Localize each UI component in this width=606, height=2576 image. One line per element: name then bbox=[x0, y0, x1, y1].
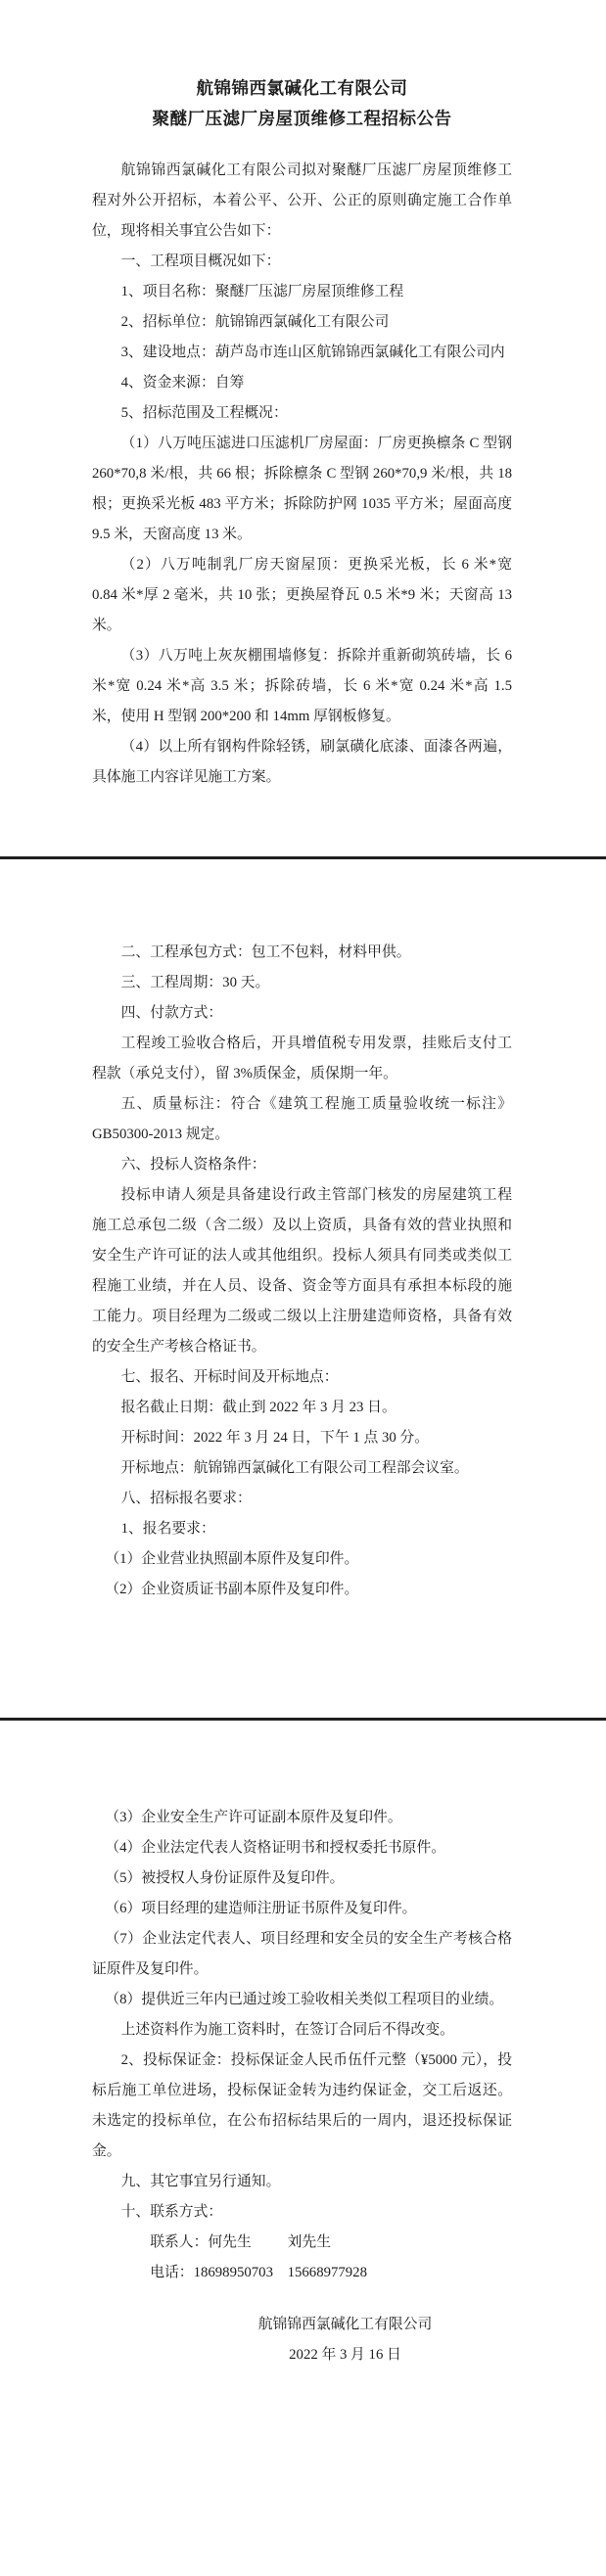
scope-item-2: （2）八万吨制乳厂房天窗屋顶：更换采光板，长 6 米*宽 0.84 米*厚 2 … bbox=[92, 550, 512, 641]
contact-persons-row: 联系人：何先生刘先生 bbox=[92, 2228, 512, 2258]
section-heading-8: 八、招标报名要求： bbox=[92, 1484, 512, 1514]
materials-note: 上述资料作为施工资料时，在签订合同后不得改变。 bbox=[92, 2015, 512, 2046]
contact-phone-1: 电话：18698950703 bbox=[121, 2258, 288, 2288]
requirement-item-8: （8）提供近三年内已通过竣工验收相关类似工程项目的业绩。 bbox=[92, 1985, 512, 2015]
requirement-item-3: （3）企业安全生产许可证副本原件及复印件。 bbox=[92, 1803, 512, 1833]
requirement-item-6: （6）项目经理的建造师注册证书原件及复印件。 bbox=[92, 1894, 512, 1924]
payment-terms-paragraph: 工程竣工验收合格后，开具增值税专用发票，挂账后支付工程款（承兑支付），留 3%质… bbox=[92, 1029, 512, 1089]
section-heading-4: 四、付款方式： bbox=[92, 998, 512, 1029]
document: 航锦锦西氯碱化工有限公司 聚醚厂压滤厂房屋顶维修工程招标公告 航锦锦西氯碱化工有… bbox=[0, 0, 606, 2576]
section-heading-1: 一、工程项目概况如下： bbox=[92, 247, 512, 277]
requirement-item-5: （5）被授权人身份证原件及复印件。 bbox=[92, 1863, 512, 1894]
signup-requirements-heading: 1、报名要求： bbox=[92, 1514, 512, 1544]
scope-item-1: （1）八万吨压滤进口压滤机厂房屋面：厂房更换檩条 C 型钢 260*70,8 米… bbox=[92, 429, 512, 550]
item-funding: 4、资金来源：自筹 bbox=[92, 368, 512, 398]
signature-date: 2022 年 3 月 16 日 bbox=[92, 2340, 512, 2370]
document-page-2: 二、工程承包方式：包工不包料，材料甲供。 三、工程周期：30 天。 四、付款方式… bbox=[0, 859, 606, 1718]
section-heading-9: 九、其它事宜另行通知。 bbox=[92, 2167, 512, 2197]
requirement-item-7: （7）企业法定代表人、项目经理和安全员的安全生产考核合格证原件及复印件。 bbox=[92, 1924, 512, 1985]
scope-item-3: （3）八万吨上灰灰棚围墙修复：拆除并重新砌筑砖墙，长 6 米*宽 0.24 米*… bbox=[92, 641, 512, 732]
signature-company: 航锦锦西氯碱化工有限公司 bbox=[92, 2310, 512, 2340]
doc-title-line-2: 聚醚厂压滤厂房屋顶维修工程招标公告 bbox=[92, 104, 512, 134]
section-heading-7: 七、报名、开标时间及开标地点： bbox=[92, 1362, 512, 1393]
contact-person-1: 联系人：何先生 bbox=[121, 2228, 288, 2258]
scope-item-4: （4）以上所有钢构件除轻锈，刷氯磺化底漆、面漆各两遍，具体施工内容详见施工方案。 bbox=[92, 732, 512, 793]
intro-paragraph: 航锦锦西氯碱化工有限公司拟对聚醚厂压滤厂房屋顶维修工程对外公开招标，本着公平、公… bbox=[92, 156, 512, 247]
item-project-name: 1、项目名称：聚醚厂压滤厂房屋顶维修工程 bbox=[92, 277, 512, 307]
contact-person-2: 刘先生 bbox=[288, 2234, 331, 2250]
section-heading-6: 六、投标人资格条件： bbox=[92, 1150, 512, 1180]
contact-phones-row: 电话：1869895070315668977928 bbox=[92, 2258, 512, 2288]
bid-opening-time: 开标时间：2022 年 3 月 24 日，下午 1 点 30 分。 bbox=[92, 1423, 512, 1453]
item-location: 3、建设地点：葫芦岛市连山区航锦锦西氯碱化工有限公司内 bbox=[92, 338, 512, 368]
qualification-paragraph: 投标申请人须是具备建设行政主管部门核发的房屋建筑工程施工总承包二级（含二级）及以… bbox=[92, 1180, 512, 1362]
doc-title-line-1: 航锦锦西氯碱化工有限公司 bbox=[92, 73, 512, 104]
section-heading-3: 三、工程周期：30 天。 bbox=[92, 968, 512, 998]
requirement-item-2: （2）企业资质证书副本原件及复印件。 bbox=[92, 1575, 512, 1605]
section-heading-10: 十、联系方式： bbox=[92, 2197, 512, 2228]
requirement-item-1: （1）企业营业执照副本原件及复印件。 bbox=[92, 1544, 512, 1575]
section-heading-5: 五、质量标注：符合《建筑工程施工质量验收统一标注》GB50300-2013 规定… bbox=[92, 1089, 512, 1150]
item-scope-heading: 5、招标范围及工程概况： bbox=[92, 398, 512, 429]
section-heading-2: 二、工程承包方式：包工不包料，材料甲供。 bbox=[92, 938, 512, 968]
document-page-3: （3）企业安全生产许可证副本原件及复印件。 （4）企业法定代表人资格证明书和授权… bbox=[0, 1721, 606, 2576]
requirement-item-4: （4）企业法定代表人资格证明书和授权委托书原件。 bbox=[92, 1833, 512, 1863]
bid-bond-paragraph: 2、投标保证金：投标保证金人民币伍仟元整（¥5000 元），投标后施工单位进场，… bbox=[92, 2046, 512, 2167]
item-tender-unit: 2、招标单位：航锦锦西氯碱化工有限公司 bbox=[92, 307, 512, 338]
registration-deadline: 报名截止日期：截止到 2022 年 3 月 23 日。 bbox=[92, 1393, 512, 1423]
document-page-1: 航锦锦西氯碱化工有限公司 聚醚厂压滤厂房屋顶维修工程招标公告 航锦锦西氯碱化工有… bbox=[0, 0, 606, 856]
bid-opening-place: 开标地点：航锦锦西氯碱化工有限公司工程部会议室。 bbox=[92, 1453, 512, 1484]
contact-phone-2: 15668977928 bbox=[288, 2265, 367, 2280]
